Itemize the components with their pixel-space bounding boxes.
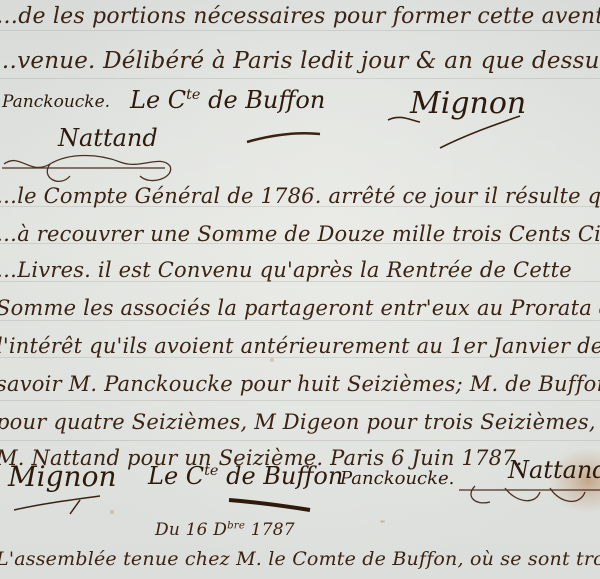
manuscript-line: …de les portions nécessaires pour former… — [0, 4, 600, 29]
ruled-line — [0, 320, 600, 321]
signature-nattand: Nattand — [508, 456, 600, 484]
manuscript-line: …Livres. il est Convenu qu'après la Rent… — [0, 258, 572, 282]
manuscript-line: L'assemblée tenue chez M. le Comte de Bu… — [0, 548, 600, 570]
manuscript-page: …de les portions nécessaires pour former… — [0, 0, 600, 579]
ruled-line — [0, 78, 600, 79]
manuscript-line: l'intérêt qu'ils avoient antérieurement … — [0, 334, 600, 358]
ruled-line — [0, 30, 600, 31]
manuscript-line: pour quatre Seizièmes, M Digeon pour tro… — [0, 410, 596, 434]
ruled-line — [0, 440, 600, 441]
manuscript-line: …le Compte Général de 1786. arrêté ce jo… — [0, 184, 600, 208]
foxing-spot — [270, 358, 274, 362]
manuscript-line: …à recouvrer une Somme de Douze mille tr… — [0, 222, 600, 246]
signature-panckoucke: Panckoucke. — [2, 92, 110, 112]
manuscript-line: …venue. Délibéré à Paris ledit jour & an… — [0, 48, 600, 74]
signature-flourish — [10, 486, 120, 516]
paraph-flourish — [455, 482, 600, 512]
manuscript-line: Somme les associés la partageront entr'e… — [0, 296, 600, 320]
date-heading: Du 16 Dbre 1787 — [155, 520, 295, 540]
ruled-line — [0, 400, 600, 401]
signature-underline-flourish — [225, 494, 325, 516]
signature-flourish — [380, 108, 530, 153]
signature-underline-flourish — [245, 128, 325, 148]
foxing-spot — [380, 520, 385, 523]
manuscript-line: savoir M. Panckoucke pour huit Seizièmes… — [0, 372, 600, 396]
signature-panckoucke: Panckoucke. — [340, 468, 454, 489]
signature-buffon: Le Cte de Buffon — [148, 462, 343, 490]
signature-buffon: Le Cte de Buffon — [130, 86, 325, 114]
